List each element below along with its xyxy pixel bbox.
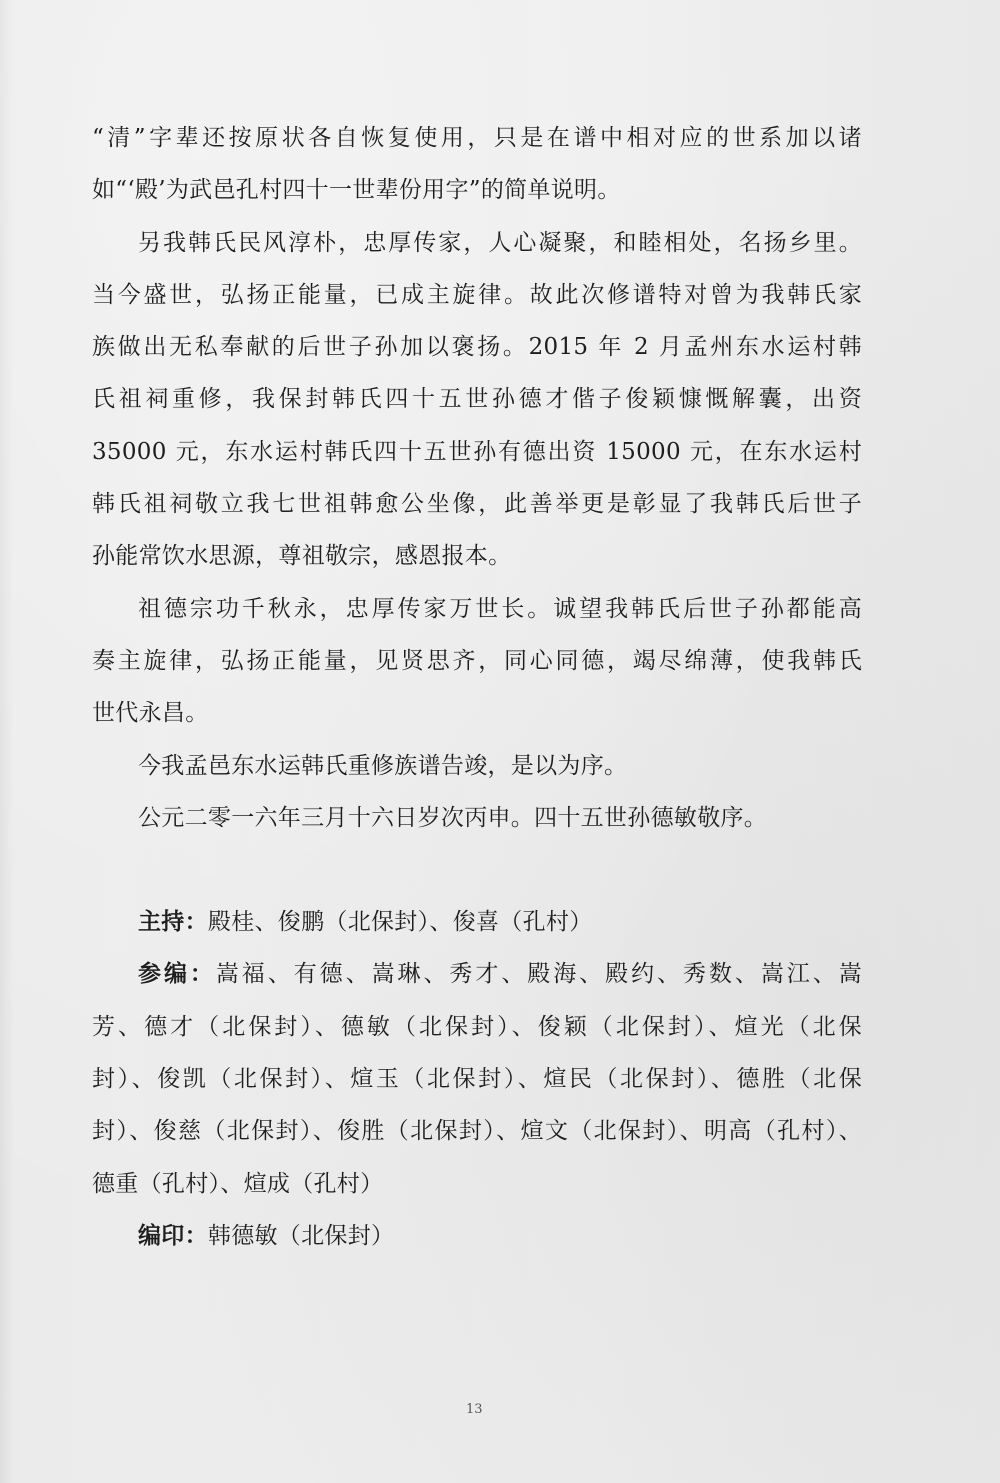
text-line: “清”字辈还按原状各自恢复使用，只是在谱中相对应的世系加以诸: [92, 118, 862, 170]
page-number: 13: [466, 1402, 483, 1417]
credit-printer-names: 韩德敏（北保封）: [208, 1223, 394, 1249]
text-line: 另我韩氏民风淳朴，忠厚传家，人心凝聚，和睦相处，名扬乡里。: [92, 223, 862, 275]
text-line: 奏主旋律，弘扬正能量，见贤思齐，同心同德，竭尽绵薄，使我韩氏: [92, 641, 862, 693]
text-line: 今我孟邑东水运韩氏重修族谱告竣，是以为序。: [92, 746, 862, 798]
credit-printer: 编印：韩德敏（北保封）: [92, 1216, 862, 1268]
text-line: 如“‘殿’为武邑孔村四十一世辈份用字”的简单说明。: [92, 170, 862, 222]
text-line: 祖德宗功千秋永，忠厚传家万世长。诚望我韩氏后世子孙都能高: [92, 589, 862, 641]
credit-host-names: 殿桂、俊鹏（北保封）、俊喜（孔村）: [208, 909, 593, 935]
section-gap: [92, 850, 862, 902]
document-page: “清”字辈还按原状各自恢复使用，只是在谱中相对应的世系加以诸 如“‘殿’为武邑孔…: [92, 118, 862, 1268]
text-line: 当今盛世，弘扬正能量，已成主旋律。故此次修谱特对曾为我韩氏家: [92, 275, 862, 327]
text-line: 封）、俊慈（北保封）、俊胜（北保封）、煊文（北保封）、明高（孔村）、: [92, 1111, 862, 1163]
text-line: 封）、俊凯（北保封）、煊玉（北保封）、煊民（北保封）、德胜（北保: [92, 1059, 862, 1111]
text-line: 孙能常饮水思源，尊祖敬宗，感恩报本。: [92, 536, 862, 588]
credit-printer-label: 编印：: [138, 1222, 208, 1249]
text-line: 韩氏祖祠敬立我七世祖韩愈公坐像，此善举更是彰显了我韩氏后世子: [92, 484, 862, 536]
text-line: 德重（孔村）、煊成（孔村）: [92, 1164, 862, 1216]
credit-editors-names: 嵩福、有德、嵩琳、秀才、殿海、殿约、秀数、嵩江、嵩: [216, 961, 862, 987]
text-line: 世代永昌。: [92, 693, 862, 745]
text-line: 芳、德才（北保封）、德敏（北保封）、俊颖（北保封）、煊光（北保: [92, 1007, 862, 1059]
text-line: 氏祖祠重修，我保封韩氏四十五世孙德才偕子俊颖慷慨解囊，出资: [92, 379, 862, 431]
signature-line: 公元二零一六年三月十六日岁次丙申。四十五世孙德敏敬序。: [92, 798, 862, 850]
credit-editors-label: 参编：: [138, 960, 216, 987]
credit-editors: 参编：嵩福、有德、嵩琳、秀才、殿海、殿约、秀数、嵩江、嵩: [92, 954, 862, 1006]
text-line: 族做出无私奉献的后世子孙加以褒扬。2015 年 2 月孟州东水运村韩: [92, 327, 862, 379]
text-line: 35000 元，东水运村韩氏四十五世孙有德出资 15000 元，在东水运村: [92, 432, 862, 484]
credit-host-label: 主持：: [138, 908, 208, 935]
credit-host: 主持：殿桂、俊鹏（北保封）、俊喜（孔村）: [92, 902, 862, 954]
